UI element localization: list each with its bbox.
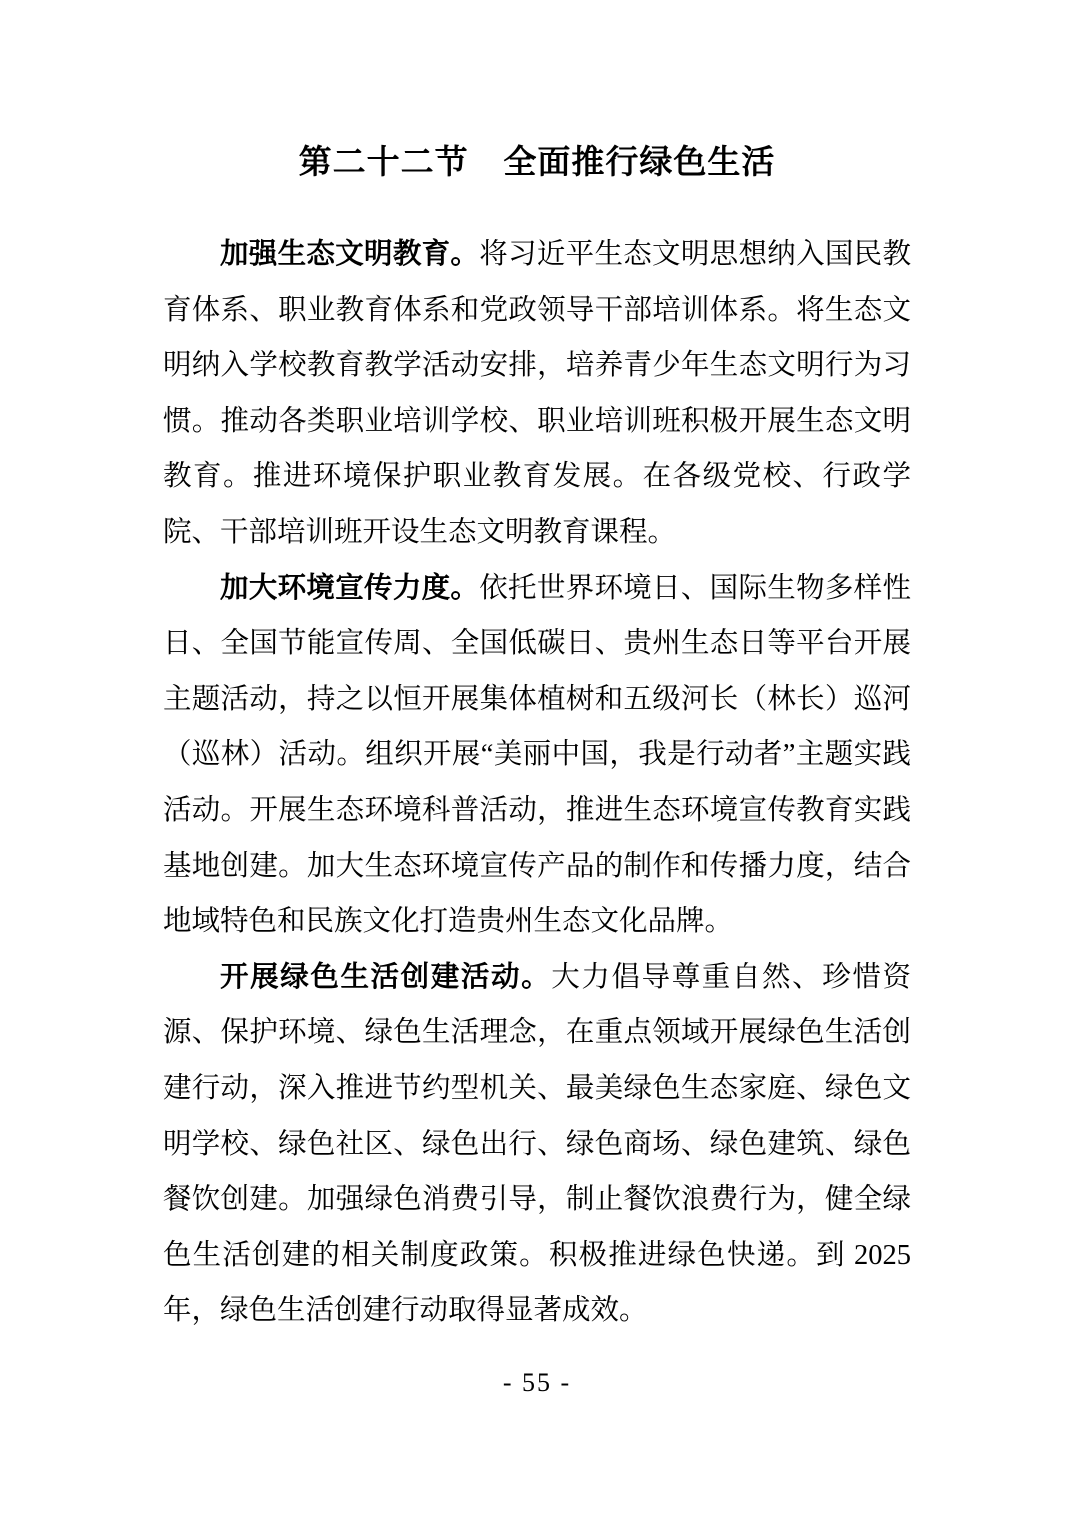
paragraph: 开展绿色生活创建活动。大力倡导尊重自然、珍惜资源、保护环境、绿色生活理念，在重点… bbox=[163, 950, 911, 1339]
document-page: 第二十二节全面推行绿色生活 加强生态文明教育。将习近平生态文明思想纳入国民教育体… bbox=[0, 0, 1074, 1520]
page-number: - 55 - bbox=[0, 1368, 1074, 1398]
section-number: 第二十二节 bbox=[299, 145, 469, 181]
section-name: 全面推行绿色生活 bbox=[503, 145, 775, 181]
document-body: 加强生态文明教育。将习近平生态文明思想纳入国民教育体系、职业教育体系和党政领导干… bbox=[163, 227, 911, 1339]
paragraph-text: 依托世界环境日、国际生物多样性日、全国节能宣传周、全国低碳日、贵州生态日等平台开… bbox=[163, 573, 911, 938]
paragraph-lead: 加强生态文明教育。 bbox=[220, 239, 479, 270]
paragraph-text: 将习近平生态文明思想纳入国民教育体系、职业教育体系和党政领导干部培训体系。将生态… bbox=[163, 239, 911, 548]
paragraph-text: 大力倡导尊重自然、珍惜资源、保护环境、绿色生活理念，在重点领域开展绿色生活创建行… bbox=[163, 962, 911, 1327]
paragraph: 加强生态文明教育。将习近平生态文明思想纳入国民教育体系、职业教育体系和党政领导干… bbox=[163, 227, 911, 561]
paragraph-lead: 加大环境宣传力度。 bbox=[220, 573, 479, 604]
paragraph-lead: 开展绿色生活创建活动。 bbox=[220, 962, 551, 993]
paragraph: 加大环境宣传力度。依托世界环境日、国际生物多样性日、全国节能宣传周、全国低碳日、… bbox=[163, 561, 911, 950]
section-title: 第二十二节全面推行绿色生活 bbox=[0, 136, 1074, 183]
